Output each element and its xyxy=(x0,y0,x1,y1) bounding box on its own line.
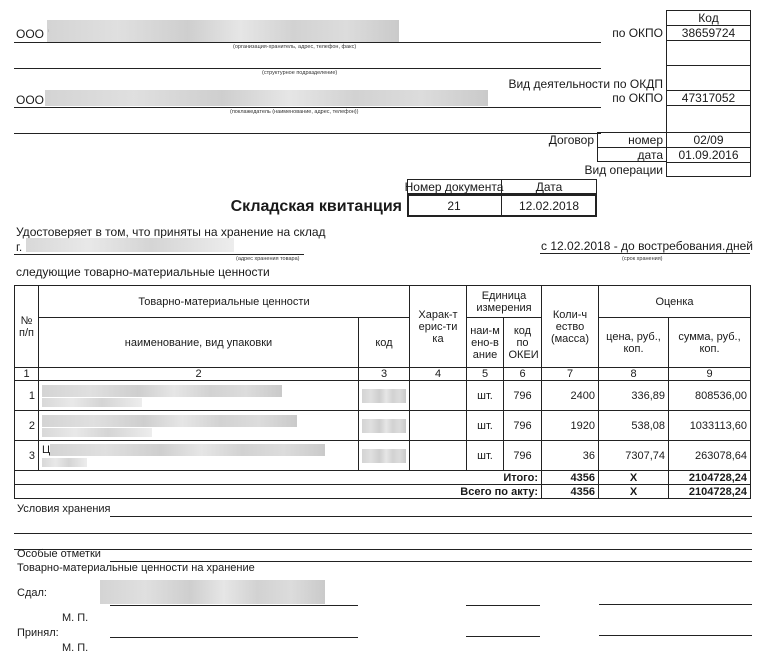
row-qty: 36 xyxy=(542,441,599,471)
contract-label: Договор xyxy=(500,132,597,147)
term-caption: (срок хранения) xyxy=(622,256,663,262)
col-name-header: наименование, вид упаковки xyxy=(39,318,359,368)
col-number: 4 xyxy=(410,368,467,381)
term-text: с 12.02.2018 - до востребования. xyxy=(541,239,725,253)
address-caption: (адрес хранения товара) xyxy=(236,256,299,262)
row-qty: 2400 xyxy=(542,381,599,411)
goods-table: № п/п Товарно-материальные ценности Хара… xyxy=(14,285,751,499)
total-price: Х xyxy=(599,471,669,485)
date-label: дата xyxy=(597,147,666,162)
okpo-value: 38659724 xyxy=(666,25,751,40)
okdp-label: Вид деятельности по ОКДП xyxy=(480,76,666,91)
city-prefix: г. xyxy=(16,240,22,254)
okpo2-value: 47317052 xyxy=(666,90,751,105)
grand-total-label: Всего по акту: xyxy=(15,485,542,499)
total-sum: 2104728,24 xyxy=(669,471,751,485)
number-label: номер xyxy=(597,132,666,147)
row-num: 1 xyxy=(15,381,39,411)
operation-value xyxy=(666,162,751,177)
struct-unit-caption: (структурное подразделение) xyxy=(262,70,337,76)
certify-text: Удостоверяет в том, что приняты на хране… xyxy=(16,225,326,239)
org-storage-caption: (организация-хранитель, адрес, телефон, … xyxy=(233,44,356,50)
row-okei: 796 xyxy=(504,381,542,411)
divider xyxy=(666,40,751,41)
total-qty: 4356 xyxy=(542,471,599,485)
redacted-depositor xyxy=(45,90,488,106)
term-line xyxy=(540,253,750,254)
row-code xyxy=(359,441,410,471)
row-name xyxy=(39,411,359,441)
received-label: Принял: xyxy=(17,627,59,639)
stamp-label: М. П. xyxy=(62,612,88,624)
table-row: 3 Ц шт. 796 36 7307,74 263078,64 xyxy=(15,441,751,471)
depositor-prefix: ООО xyxy=(16,93,44,107)
okpo-label: по ОКПО xyxy=(560,25,666,40)
handed-over-label: Сдал: xyxy=(17,587,47,599)
row-unit: шт. xyxy=(467,441,504,471)
col-price-header: цена, руб., коп. xyxy=(599,318,669,368)
stamp-label: М. П. xyxy=(62,642,88,654)
divider xyxy=(666,65,751,66)
redacted-org-storage xyxy=(47,20,399,42)
handed-over-signature-line[interactable] xyxy=(466,605,540,606)
col-numbers-row: 1 2 3 4 5 6 7 8 9 xyxy=(15,368,751,381)
table-row: 1 шт. 796 2400 336,89 808536,00 xyxy=(15,381,751,411)
total-row: Итого: 4356 Х 2104728,24 xyxy=(15,471,751,485)
handed-over-transcript-line[interactable] xyxy=(599,604,752,605)
org-storage-prefix: ООО ' xyxy=(16,27,50,41)
contract-date-value: 01.09.2016 xyxy=(666,147,751,162)
divider xyxy=(666,105,751,106)
col-number: 9 xyxy=(669,368,751,381)
row-sum: 808536,00 xyxy=(669,381,751,411)
col-number: 5 xyxy=(467,368,504,381)
grand-total-sum: 2104728,24 xyxy=(669,485,751,499)
row-num: 3 xyxy=(15,441,39,471)
address-line xyxy=(14,254,304,255)
storage-conditions-line-3[interactable] xyxy=(14,549,752,550)
depositor-line xyxy=(14,107,601,108)
col-number: 1 xyxy=(15,368,39,381)
row-qty: 1920 xyxy=(542,411,599,441)
row-okei: 796 xyxy=(504,441,542,471)
col-number: 2 xyxy=(39,368,359,381)
row-unit: шт. xyxy=(467,381,504,411)
goods-on-storage-label: Товарно-материальные ценности на хранени… xyxy=(17,562,255,574)
doc-date-header: Дата xyxy=(501,179,597,194)
row-unit: шт. xyxy=(467,411,504,441)
row-price: 538,08 xyxy=(599,411,669,441)
col-okei-header: код по ОКЕИ xyxy=(504,318,542,368)
following-text: следующие товарно-материальные ценности xyxy=(16,265,270,279)
row-okei: 796 xyxy=(504,411,542,441)
redacted-address xyxy=(26,238,234,252)
col-sum-header: сумма, руб., коп. xyxy=(669,318,751,368)
term-days: дней xyxy=(726,239,753,253)
col-unit-header: Единица измерения xyxy=(467,286,542,318)
grand-total-price: Х xyxy=(599,485,669,499)
received-name-line[interactable] xyxy=(110,637,358,638)
row-sum: 1033113,60 xyxy=(669,411,751,441)
row-price: 7307,74 xyxy=(599,441,669,471)
row-code xyxy=(359,411,410,441)
row-num: 2 xyxy=(15,411,39,441)
col-code-header: код xyxy=(359,318,410,368)
storage-conditions-line-2[interactable] xyxy=(14,533,752,534)
col-num-header: № п/п xyxy=(15,286,39,368)
special-notes-label: Особые отметки xyxy=(17,548,101,560)
table-row: 2 шт. 796 1920 538,08 1033113,60 xyxy=(15,411,751,441)
redacted-handed-over xyxy=(100,580,325,604)
page-title: Складская квитанция xyxy=(180,196,405,218)
grand-total-row: Всего по акту: 4356 Х 2104728,24 xyxy=(15,485,751,499)
received-transcript-line[interactable] xyxy=(599,635,752,636)
col-char-header: Харак-терис-тика xyxy=(410,286,467,368)
org-storage-line xyxy=(14,42,601,43)
doc-number: 21 xyxy=(407,194,501,217)
col-number: 8 xyxy=(599,368,669,381)
col-qty-header: Коли-чество (масса) xyxy=(542,286,599,368)
total-label: Итого: xyxy=(15,471,542,485)
grand-total-qty: 4356 xyxy=(542,485,599,499)
storage-conditions-line[interactable] xyxy=(110,516,752,517)
col-unit-name-header: наи-мено-вание xyxy=(467,318,504,368)
row-code xyxy=(359,381,410,411)
col-goods-header: Товарно-материальные ценности xyxy=(39,286,410,318)
row-char xyxy=(410,381,467,411)
struct-unit-line xyxy=(14,68,601,69)
row-char xyxy=(410,441,467,471)
col-number: 7 xyxy=(542,368,599,381)
col-number: 6 xyxy=(504,368,542,381)
doc-date: 12.02.2018 xyxy=(501,194,597,217)
codes-header: Код xyxy=(666,10,751,25)
row-name: Ц xyxy=(39,441,359,471)
row-price: 336,89 xyxy=(599,381,669,411)
depositor-caption: (поклажедатель (наименование, адрес, тел… xyxy=(230,109,358,115)
storage-conditions-label: Условия хранения xyxy=(17,503,111,515)
operation-label: Вид операции xyxy=(560,162,666,177)
contract-number-value: 02/09 xyxy=(666,132,751,147)
handed-over-name-line[interactable] xyxy=(110,605,358,606)
row-char xyxy=(410,411,467,441)
col-valuation-header: Оценка xyxy=(599,286,751,318)
received-signature-line[interactable] xyxy=(466,636,540,637)
row-sum: 263078,64 xyxy=(669,441,751,471)
okpo2-label: по ОКПО xyxy=(560,90,666,105)
col-number: 3 xyxy=(359,368,410,381)
doc-number-header: Номер документа xyxy=(407,179,501,194)
row-name xyxy=(39,381,359,411)
